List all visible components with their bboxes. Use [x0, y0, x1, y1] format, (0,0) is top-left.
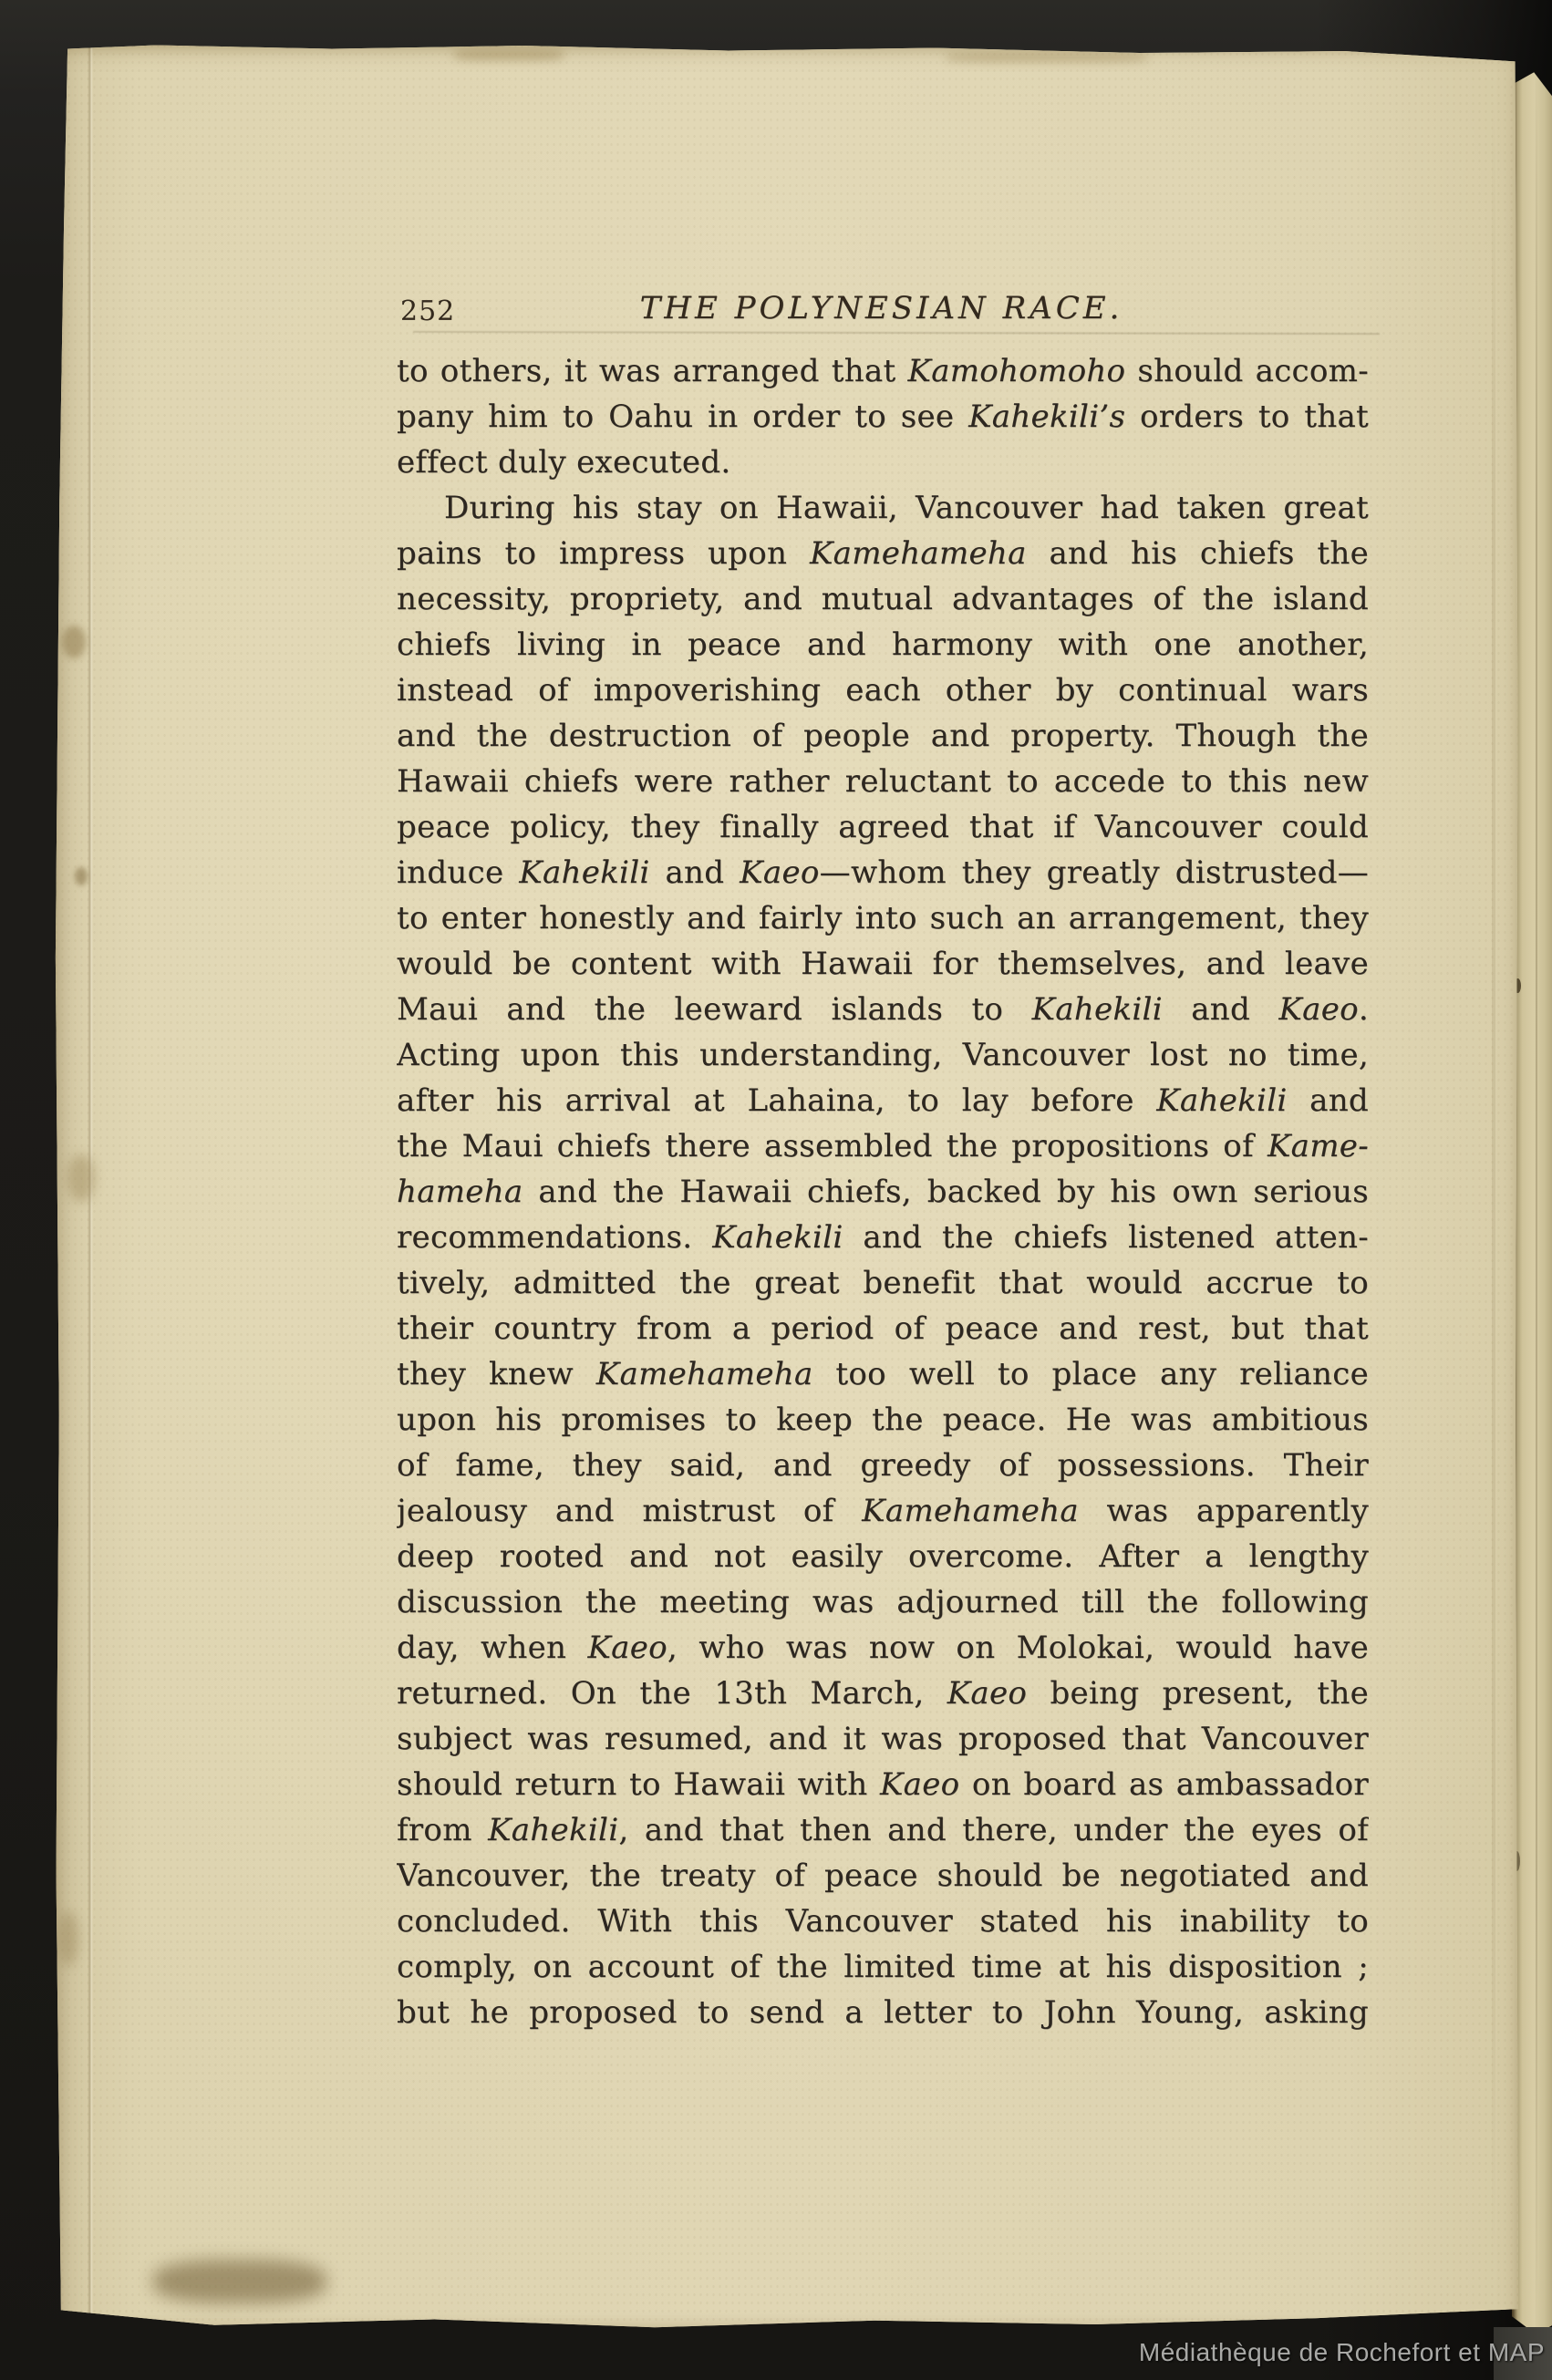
stain	[58, 1911, 78, 1966]
text-line: effect duly executed.	[397, 440, 1369, 485]
header-rule	[413, 331, 1380, 335]
text-line: tively, admitted the great benefit that …	[397, 1260, 1369, 1306]
text-line: after his arrival at Lahaina, to lay bef…	[397, 1078, 1369, 1123]
paragraph: to others, it was arranged that Kamohomo…	[397, 348, 1369, 485]
book-page: 252 THE POLYNESIAN RACE. to others, it w…	[53, 42, 1521, 2331]
text-line: recommendations. Kahekili and the chiefs…	[397, 1215, 1369, 1260]
stain	[75, 867, 88, 885]
text-line: to others, it was arranged that Kamohomo…	[397, 348, 1369, 394]
text-line: but he proposed to send a letter to John…	[397, 1990, 1369, 2035]
text-line: necessity, propriety, and mutual advanta…	[397, 576, 1369, 622]
text-line: upon his promises to keep the peace. He …	[397, 1397, 1369, 1443]
text-line: they knew Kamehameha too well to place a…	[397, 1351, 1369, 1397]
text-line: pany him to Oahu in order to see Kahekil…	[397, 394, 1369, 440]
stain	[454, 49, 564, 60]
running-title: THE POLYNESIAN RACE.	[397, 290, 1366, 326]
body-text: to others, it was arranged that Kamohomo…	[397, 348, 1369, 2035]
text-line: During his stay on Hawaii, Vancouver had…	[397, 485, 1369, 531]
text-line: peace policy, they finally agreed that i…	[397, 804, 1369, 850]
text-line: jealousy and mistrust of Kamehameha was …	[397, 1488, 1369, 1534]
text-line: Maui and the leeward islands to Kahekili…	[397, 987, 1369, 1032]
text-line: to enter honestly and fairly into such a…	[397, 895, 1369, 941]
text-line: day, when Kaeo, who was now on Molokai, …	[397, 1625, 1369, 1671]
stain	[947, 53, 1147, 62]
text-line: Vancouver, the treaty of peace should be…	[397, 1853, 1369, 1899]
stain	[153, 2260, 326, 2303]
watermark-label: Médiathèque de Rochefort et MAP	[1139, 2338, 1545, 2367]
text-line: pains to impress upon Kamehameha and his…	[397, 531, 1369, 576]
text-line: concluded. With this Vancouver stated hi…	[397, 1899, 1369, 1944]
paragraph: During his stay on Hawaii, Vancouver had…	[397, 485, 1369, 2035]
text-line: of fame, they said, and greedy of posses…	[397, 1443, 1369, 1488]
text-line: would be content with Hawaii for themsel…	[397, 941, 1369, 987]
left-deckle-crease	[88, 42, 93, 2331]
text-line: Acting upon this understanding, Vancouve…	[397, 1032, 1369, 1078]
text-line: returned. On the 13th March, Kaeo being …	[397, 1671, 1369, 1716]
text-line: comply, on account of the limited time a…	[397, 1944, 1369, 1990]
fore-edge-page-line	[1536, 71, 1537, 2334]
text-line: and the destruction of people and proper…	[397, 713, 1369, 759]
text-line: Hawaii chiefs were rather reluctant to a…	[397, 759, 1369, 804]
stain	[62, 626, 86, 658]
text-line: from Kahekili, and that then and there, …	[397, 1807, 1369, 1853]
text-line: induce Kahekili and Kaeo—whom they great…	[397, 850, 1369, 895]
right-page-crease	[1492, 97, 1495, 2267]
text-line: hameha and the Hawaii chiefs, backed by …	[397, 1169, 1369, 1215]
text-line: instead of impoverishing each other by c…	[397, 667, 1369, 713]
text-line: their country from a period of peace and…	[397, 1306, 1369, 1351]
text-line: the Maui chiefs there assembled the prop…	[397, 1123, 1369, 1169]
text-line: discussion the meeting was adjourned til…	[397, 1579, 1369, 1625]
page-header: 252 THE POLYNESIAN RACE.	[397, 290, 1366, 330]
text-line: chiefs living in peace and harmony with …	[397, 622, 1369, 667]
book-fore-edge	[1512, 71, 1552, 2334]
text-line: deep rooted and not easily overcome. Aft…	[397, 1534, 1369, 1579]
text-line: should return to Hawaii with Kaeo on boa…	[397, 1762, 1369, 1807]
text-line: subject was resumed, and it was proposed…	[397, 1716, 1369, 1762]
